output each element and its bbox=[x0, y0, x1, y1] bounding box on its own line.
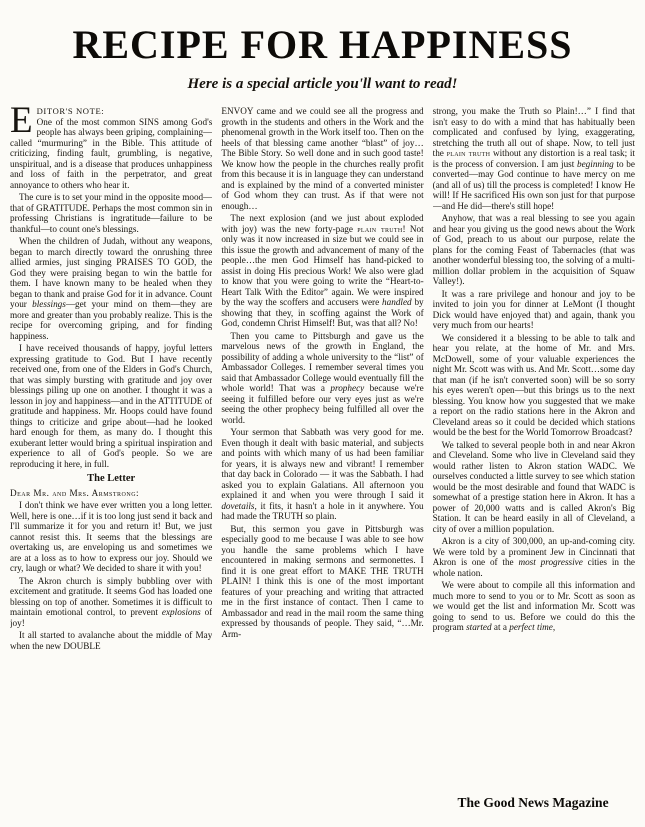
paragraph: We were about to compile all this inform… bbox=[433, 580, 635, 633]
paragraph: I have received thousands of happy, joyf… bbox=[10, 343, 212, 469]
editors-note-paragraph: EDITOR'S NOTE:One of the most common SIN… bbox=[10, 106, 212, 190]
magazine-page: RECIPE FOR HAPPINESS Here is a special a… bbox=[0, 0, 645, 827]
paragraph: We talked to several people both in and … bbox=[433, 440, 635, 535]
paragraph: I don't think we have ever written you a… bbox=[10, 500, 212, 574]
paragraph: But, this sermon you gave in Pittsburgh … bbox=[221, 524, 423, 640]
article-title: RECIPE FOR HAPPINESS bbox=[0, 0, 645, 68]
column-2: ENVOY came and we could see all the prog… bbox=[221, 106, 423, 803]
paragraph: Anyhow, that was a real blessing to see … bbox=[433, 213, 635, 287]
letter-heading: The Letter bbox=[10, 474, 212, 485]
paragraph: We considered it a blessing to be able t… bbox=[433, 333, 635, 438]
paragraph: When the children of Judah, without any … bbox=[10, 236, 212, 341]
paragraph: It was a rare privilege and honour and j… bbox=[433, 289, 635, 331]
paragraph: It all started to avalanche about the mi… bbox=[10, 630, 212, 651]
column-1: EDITOR'S NOTE:One of the most common SIN… bbox=[10, 106, 212, 803]
paragraph: The Akron church is simply bubbling over… bbox=[10, 576, 212, 629]
paragraph: ENVOY came and we could see all the prog… bbox=[221, 106, 423, 211]
magazine-footer: The Good News Magazine bbox=[428, 795, 638, 811]
paragraph: Then you came to Pittsburgh and gave us … bbox=[221, 331, 423, 426]
paragraph: The cure is to set your mind in the oppo… bbox=[10, 192, 212, 234]
letter-salutation: Dear Mr. and Mrs. Armstrong: bbox=[10, 488, 212, 499]
editors-note-label: DITOR'S NOTE: bbox=[37, 106, 105, 116]
paragraph: Your sermon that Sabbath was very good f… bbox=[221, 427, 423, 522]
paragraph: strong, you make the Truth so Plain!…” I… bbox=[433, 106, 635, 211]
article-body: EDITOR'S NOTE:One of the most common SIN… bbox=[0, 106, 645, 803]
paragraph: The next explosion (and we just about ex… bbox=[221, 213, 423, 329]
column-3: strong, you make the Truth so Plain!…” I… bbox=[433, 106, 635, 803]
drop-cap-letter: E bbox=[10, 106, 37, 135]
paragraph: Akron is a city of 300,000, an up-and-co… bbox=[433, 536, 635, 578]
article-subtitle: Here is a special article you'll want to… bbox=[0, 76, 645, 93]
